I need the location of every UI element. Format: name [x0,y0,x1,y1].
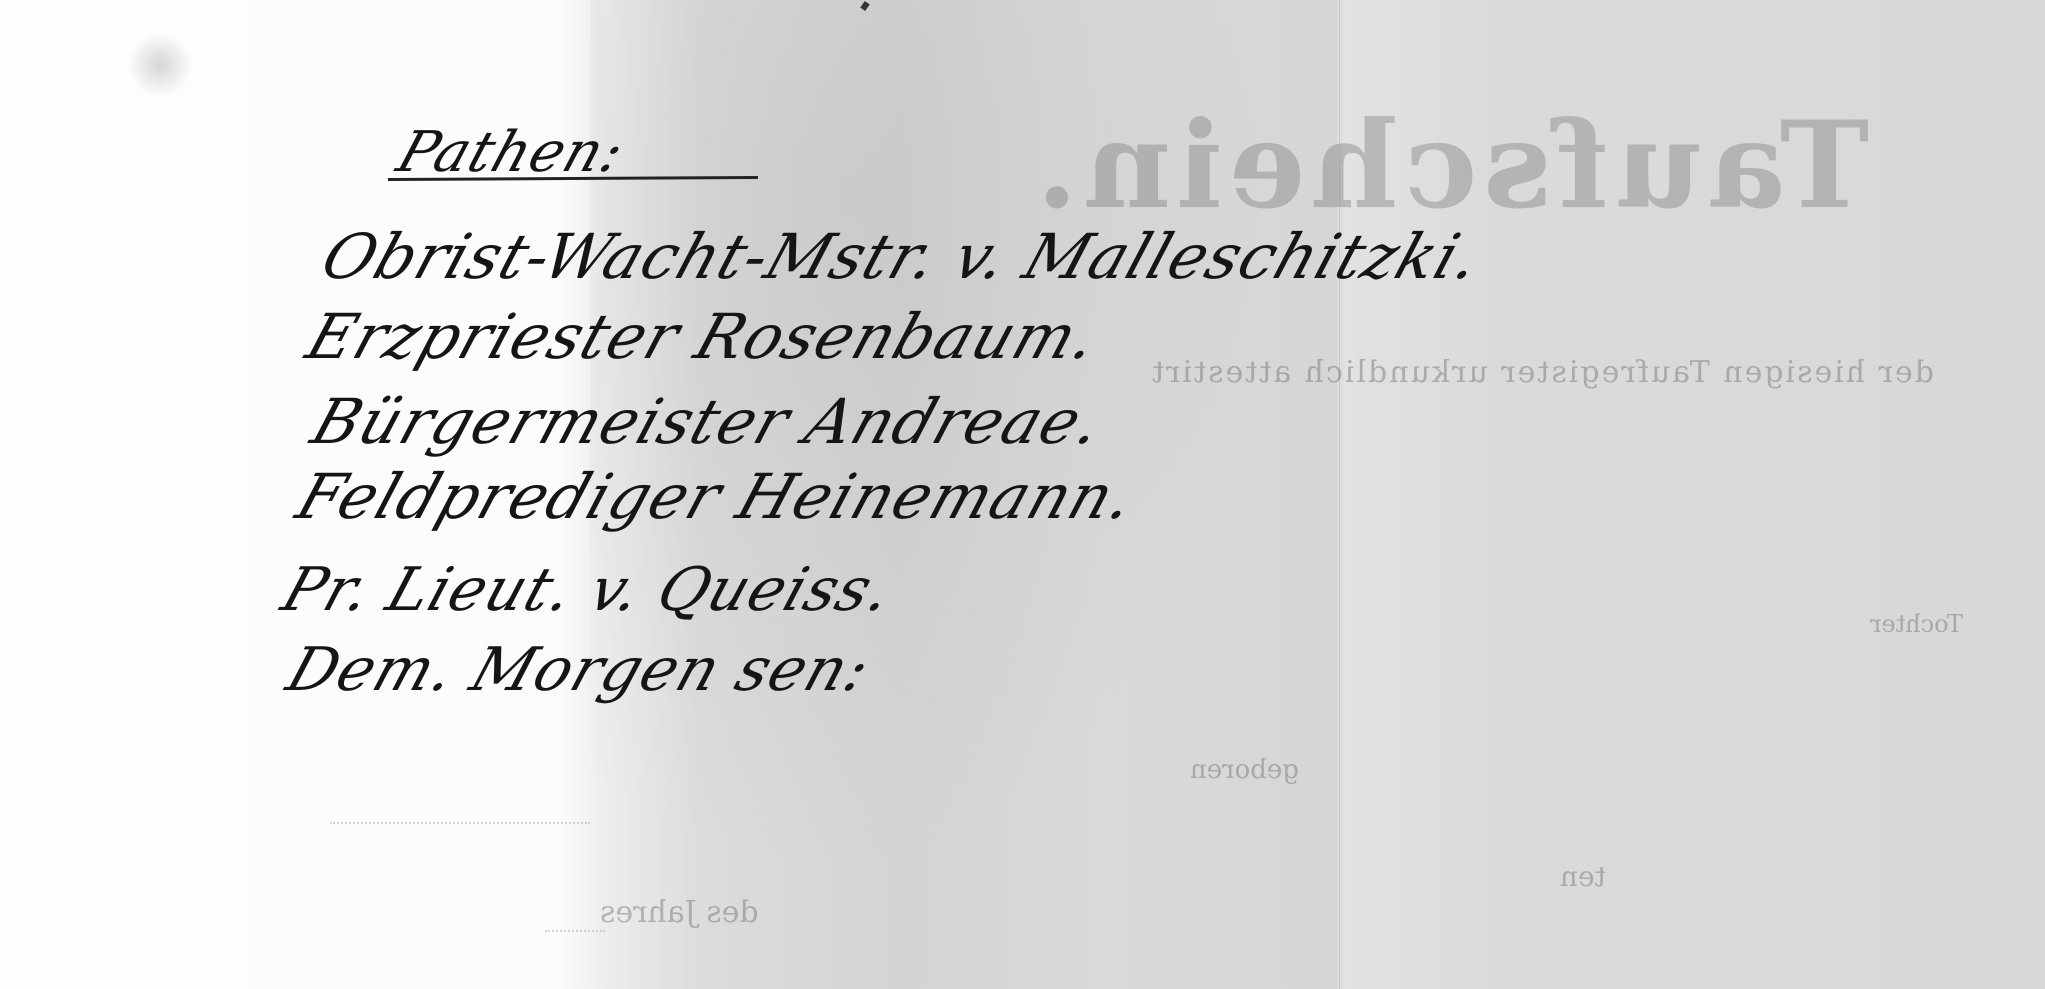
bleed-through-line: der hiesigen Taufregister urkundlich att… [1150,355,1934,390]
godparent-entry: Dem. Morgen sen: [279,635,879,705]
bleed-through-ten: ten [1560,860,1606,893]
bleed-through-tochter: Tochter [1870,610,1963,638]
printed-dotted-line [330,822,590,824]
godparent-entry: Pr. Lieut. v. Queiss. [274,555,902,625]
heading-pathen: Pathen: [389,120,632,185]
godparent-entry: Bürgermeister Andreae. [303,385,1112,458]
bleed-through-jahres: des Jahres [600,895,759,930]
paper-stain [125,35,195,95]
bleed-through-title: Taufschein. [1030,95,1869,236]
godparent-entry: Erzpriester Rosenbaum. [298,300,1107,373]
bleed-through-geboren: geboren [1190,755,1299,785]
godparent-entry: Obrist-Wacht-Mstr. v. Malleschitzki. [313,220,1490,293]
godparent-entry: Feldprediger Heinemann. [288,460,1144,533]
printed-dotted-line [545,930,605,932]
